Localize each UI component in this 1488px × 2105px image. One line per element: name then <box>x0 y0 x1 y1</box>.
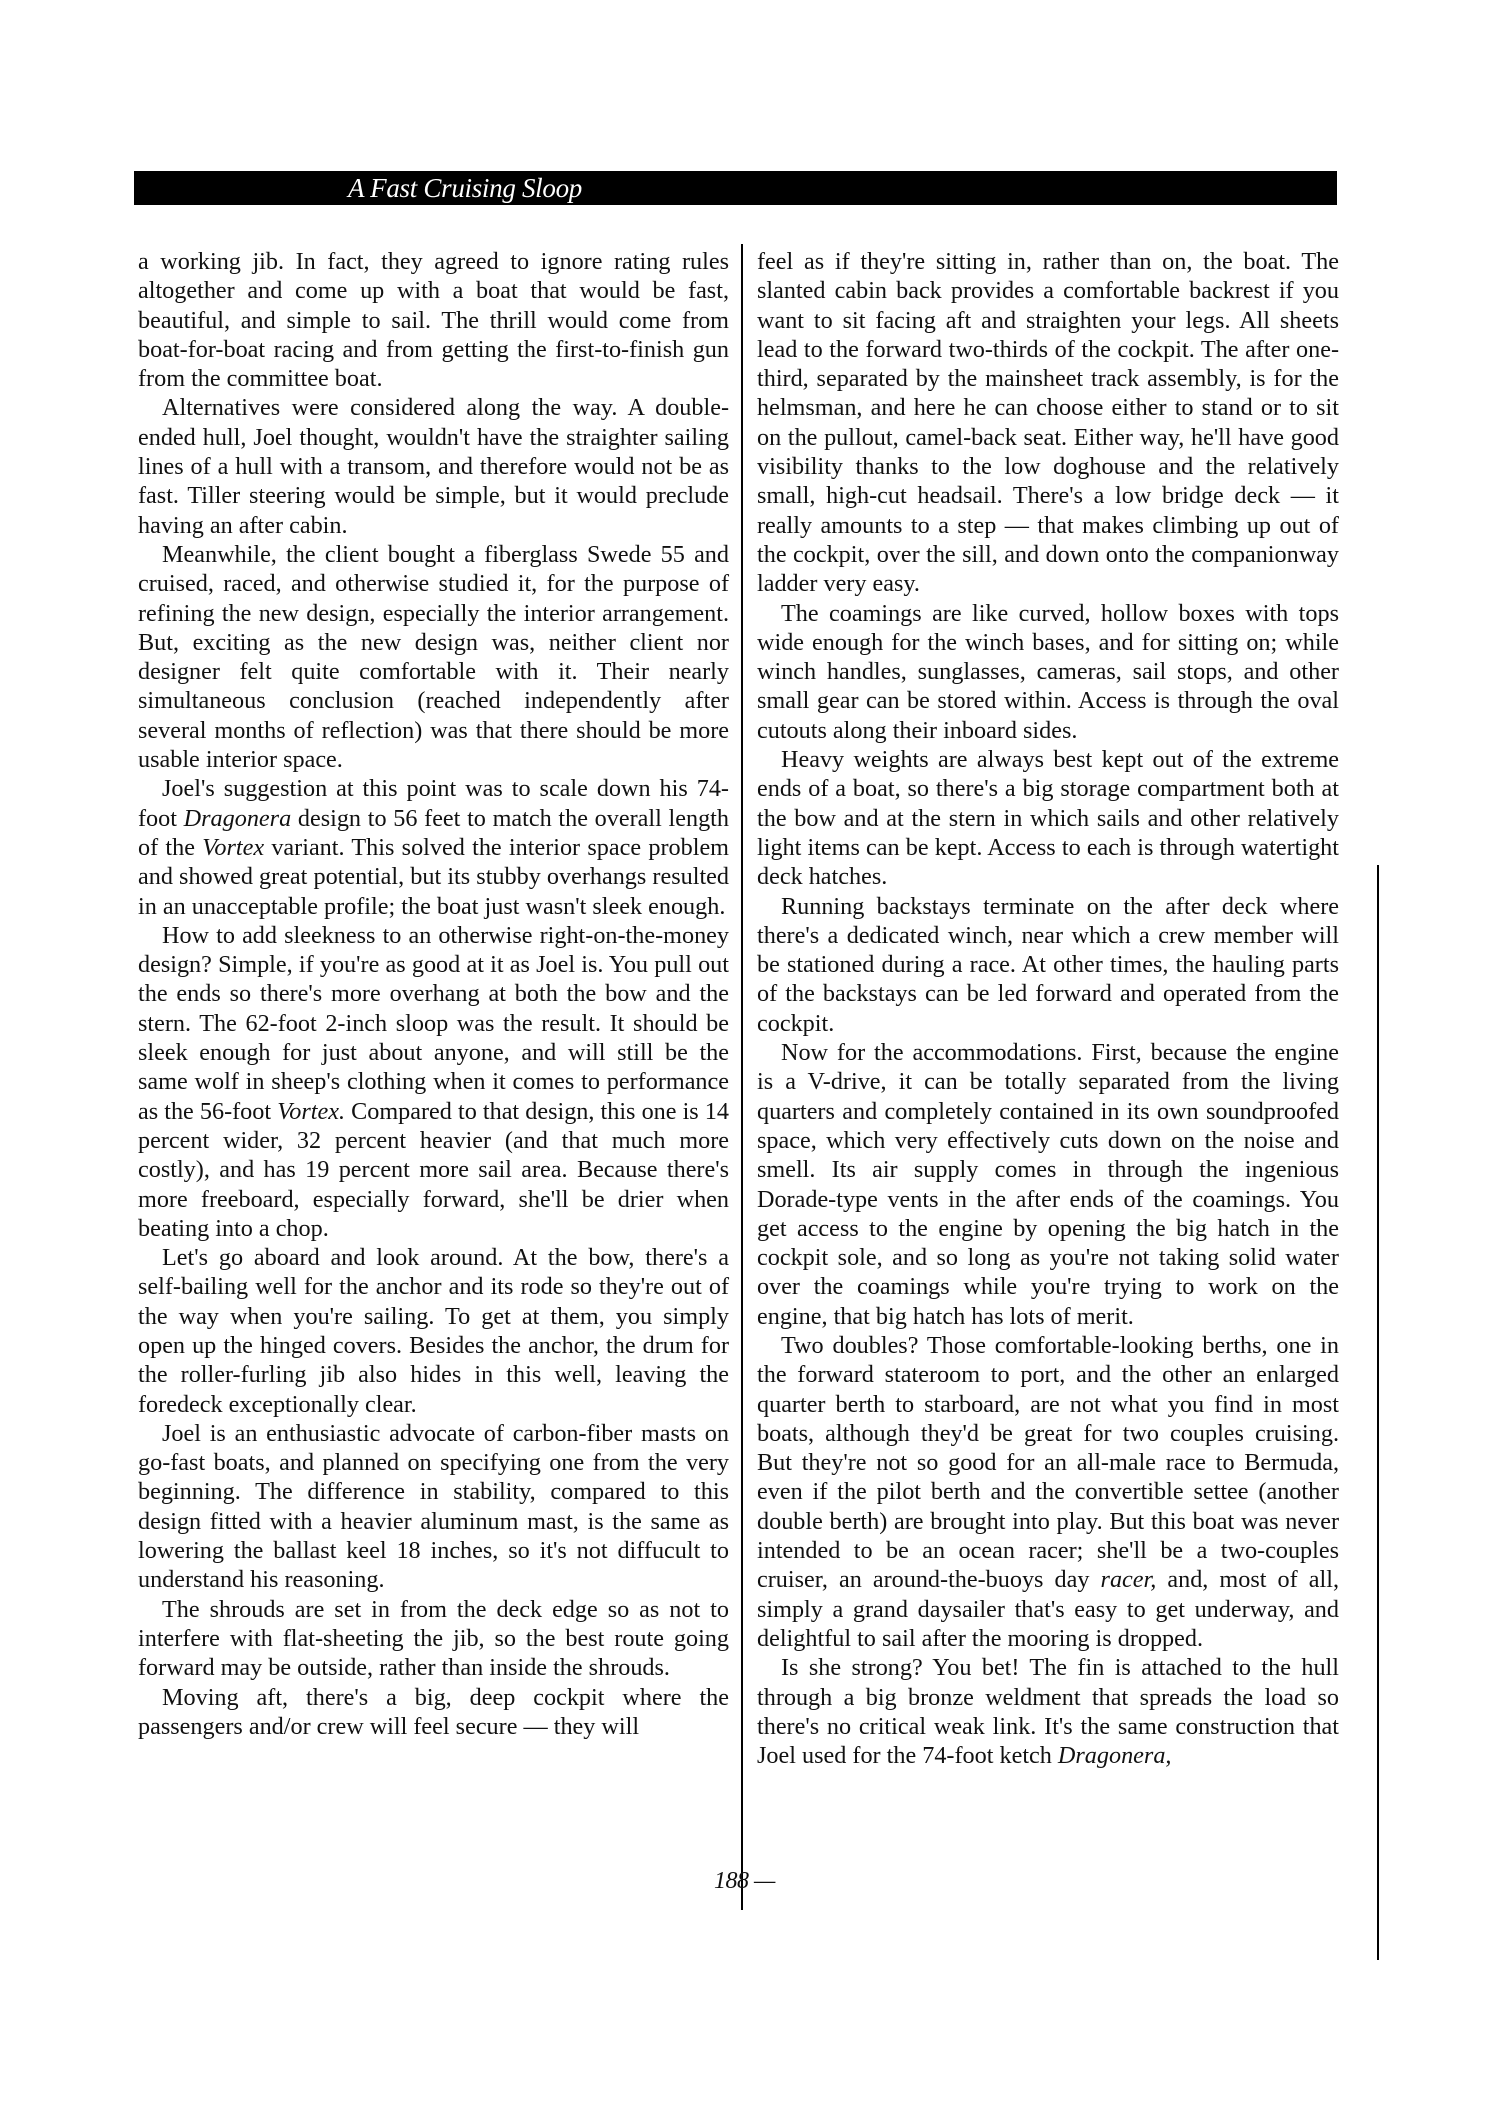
paragraph: Is she strong? You bet! The fin is attac… <box>757 1653 1339 1770</box>
paragraph: Running backstays terminate on the after… <box>757 892 1339 1038</box>
paragraph: Joel is an enthusiastic advocate of carb… <box>138 1419 729 1595</box>
italic-title-text: Dragonera <box>184 805 292 832</box>
body-text: Is she strong? You bet! The fin is attac… <box>757 1654 1339 1769</box>
body-text: Moving aft, there's a big, deep cockpit … <box>138 1684 729 1740</box>
paragraph: Alternatives were considered along the w… <box>138 393 729 539</box>
paragraph: Joel's suggestion at this point was to s… <box>138 774 729 920</box>
body-text: Alternatives were considered along the w… <box>138 394 729 538</box>
chapter-title: A Fast Cruising Sloop <box>348 173 582 203</box>
body-text: feel as if they're sitting in, rather th… <box>757 248 1339 597</box>
left-text-column: a working jib. In fact, they agreed to i… <box>138 247 729 1741</box>
paragraph: How to add sleekness to an otherwise rig… <box>138 921 729 1243</box>
margin-rule <box>1377 865 1379 1960</box>
paragraph: a working jib. In fact, they agreed to i… <box>138 247 729 393</box>
body-text: The shrouds are set in from the deck edg… <box>138 1596 729 1682</box>
running-header: A Fast Cruising Sloop <box>134 171 1337 205</box>
paragraph: Two doubles? Those comfortable-looking b… <box>757 1331 1339 1653</box>
body-text: a working jib. In fact, they agreed to i… <box>138 248 729 392</box>
paragraph: Meanwhile, the client bought a fiberglas… <box>138 540 729 774</box>
body-text: Meanwhile, the client bought a fiberglas… <box>138 541 729 773</box>
paragraph: The coamings are like curved, hollow box… <box>757 599 1339 745</box>
italic-title-text: racer, <box>1101 1566 1157 1593</box>
page-number: 188 — <box>714 1866 775 1896</box>
italic-title-text: Vortex. <box>277 1098 345 1125</box>
body-text: The coamings are like curved, hollow box… <box>757 600 1339 744</box>
body-text: How to add sleekness to an otherwise rig… <box>138 922 729 1125</box>
body-text: Let's go aboard and look around. At the … <box>138 1244 729 1417</box>
paragraph: Heavy weights are always best kept out o… <box>757 745 1339 891</box>
body-text: Now for the accommodations. First, becau… <box>757 1039 1339 1330</box>
body-text: Running backstays terminate on the after… <box>757 893 1339 1037</box>
body-text: Joel is an enthusiastic advocate of carb… <box>138 1420 729 1593</box>
column-divider <box>741 244 743 1910</box>
paragraph: feel as if they're sitting in, rather th… <box>757 247 1339 599</box>
paragraph: Now for the accommodations. First, becau… <box>757 1038 1339 1331</box>
paragraph: Moving aft, there's a big, deep cockpit … <box>138 1683 729 1742</box>
paragraph: Let's go aboard and look around. At the … <box>138 1243 729 1419</box>
right-text-column: feel as if they're sitting in, rather th… <box>757 247 1339 1770</box>
italic-title-text: Vortex <box>202 834 264 861</box>
body-text: Two doubles? Those comfortable-looking b… <box>757 1332 1339 1593</box>
paragraph: The shrouds are set in from the deck edg… <box>138 1595 729 1683</box>
italic-title-text: Dragonera, <box>1058 1742 1172 1769</box>
body-text: Heavy weights are always best kept out o… <box>757 746 1339 890</box>
